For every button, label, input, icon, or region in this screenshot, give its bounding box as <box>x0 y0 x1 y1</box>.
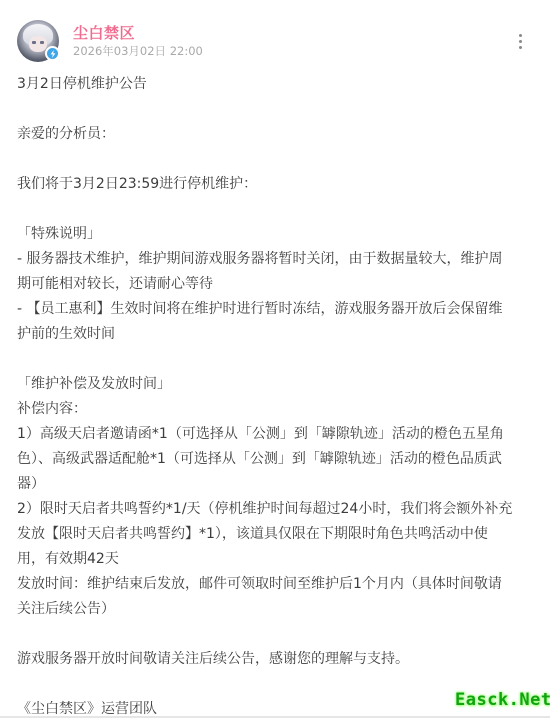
body-line: - 【员工惠利】生效时间将在维护时进行暂时冻结，游戏服务器开放后会保留维 <box>17 297 537 322</box>
ellipsis-dot <box>519 46 522 49</box>
body-line: 期可能相对较长，还请耐心等待 <box>17 272 537 297</box>
post-title: 3月2日停机维护公告 <box>17 72 537 97</box>
blank-line <box>17 197 537 222</box>
avatar-eye <box>40 41 44 44</box>
post-header: 尘白禁区 2026年03月02日 22:00 <box>0 0 550 70</box>
ellipsis-dot <box>519 40 522 43</box>
blank-line <box>17 147 537 172</box>
post-body: 3月2日停机维护公告 亲爱的分析员： 我们将于3月2日23:59进行停机维护： … <box>17 72 537 718</box>
watermark: Easck.Net <box>455 690 550 710</box>
section-heading-special-notes: 「特殊说明」 <box>17 222 537 247</box>
closing-line: 游戏服务器开放时间敬请关注后续公告，感谢您的理解与支持。 <box>17 647 537 672</box>
section-heading-compensation: 「维护补偿及发放时间」 <box>17 372 537 397</box>
greeting: 亲爱的分析员： <box>17 122 537 147</box>
maintenance-time: 我们将于3月2日23:59进行停机维护： <box>17 172 537 197</box>
lightning-verified-icon <box>45 46 60 61</box>
body-line: 发放【限时天启者共鸣誓约】*1），该道具仅限在下期限时角色共鸣活动中使 <box>17 522 537 547</box>
body-line: 发放时间：维护结束后发放，邮件可领取时间至维护后1个月内（具体时间敬请 <box>17 572 537 597</box>
vertical-ellipsis-icon <box>519 34 522 37</box>
author-name[interactable]: 尘白禁区 <box>73 22 135 43</box>
body-line: 2）限时天启者共鸣誓约*1/天（停机维护时间每超过24小时，我们将会额外补充 <box>17 497 537 522</box>
blank-line <box>17 347 537 372</box>
body-line: 用，有效期42天 <box>17 547 537 572</box>
body-line: 1）高级天启者邀请函*1（可选择从「公测」到「罅隙轨迹」活动的橙色五星角 <box>17 422 537 447</box>
body-line: - 服务器技术维护，维护期间游戏服务器将暂时关闭，由于数据量较大，维护周 <box>17 247 537 272</box>
body-line: 器） <box>17 472 537 497</box>
blank-line <box>17 622 537 647</box>
body-line: 关注后续公告） <box>17 597 537 622</box>
avatar-face <box>29 36 47 52</box>
avatar-eye <box>32 41 36 44</box>
post-timestamp: 2026年03月02日 22:00 <box>73 43 203 59</box>
body-line: 补偿内容： <box>17 397 537 422</box>
more-options-button[interactable] <box>512 30 528 52</box>
blank-line <box>17 97 537 122</box>
body-line: 护前的生效时间 <box>17 322 537 347</box>
body-line: 色）、高级武器适配舱*1（可选择从「公测」到「罅隙轨迹」活动的橙色品质武 <box>17 447 537 472</box>
